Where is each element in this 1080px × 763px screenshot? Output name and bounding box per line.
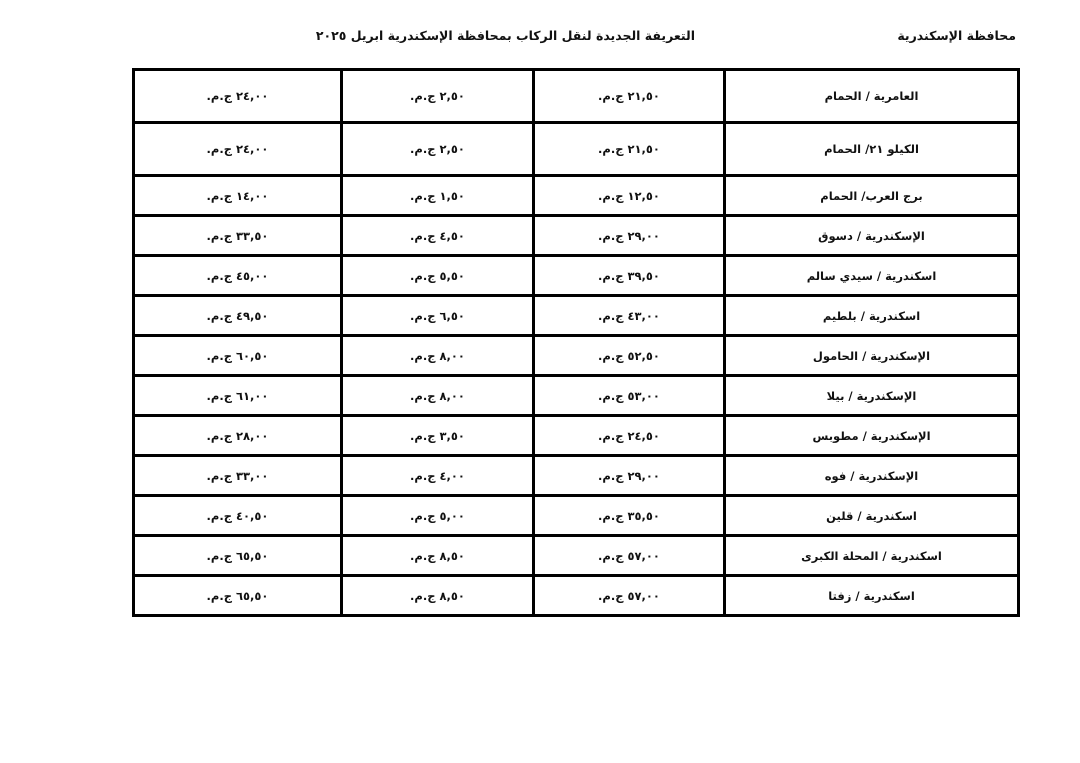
base-fare-cell: ١٢,٥٠ ج.م. xyxy=(534,176,725,216)
base-fare-cell: ٢٩,٠٠ ج.م. xyxy=(534,216,725,256)
page-title: التعريفة الجديدة لنقل الركاب بمحافظة الإ… xyxy=(385,28,695,43)
base-fare-cell: ٢٤,٥٠ ج.م. xyxy=(534,416,725,456)
table-row: ٦٥,٥٠ ج.م. ٨,٥٠ ج.م. ٥٧,٠٠ ج.م. اسكندرية… xyxy=(134,576,1019,616)
table-row: ٤٥,٠٠ ج.م. ٥,٥٠ ج.م. ٣٩,٥٠ ج.م. اسكندرية… xyxy=(134,256,1019,296)
total-fare-cell: ٤٥,٠٠ ج.م. xyxy=(134,256,342,296)
route-cell: الكيلو ٢١/ الحمام xyxy=(725,123,1019,176)
base-fare-cell: ٢١,٥٠ ج.م. xyxy=(534,70,725,123)
increase-cell: ٤,٠٠ ج.م. xyxy=(342,456,534,496)
table-row: ٢٤,٠٠ ج.م. ٢,٥٠ ج.م. ٢١,٥٠ ج.م. الكيلو ٢… xyxy=(134,123,1019,176)
total-fare-cell: ٤٠,٥٠ ج.م. xyxy=(134,496,342,536)
table-row: ٦٥,٥٠ ج.م. ٨,٥٠ ج.م. ٥٧,٠٠ ج.م. اسكندرية… xyxy=(134,536,1019,576)
total-fare-cell: ٦٥,٥٠ ج.م. xyxy=(134,536,342,576)
fare-table: ٢٤,٠٠ ج.م. ٢,٥٠ ج.م. ٢١,٥٠ ج.م. العامرية… xyxy=(132,68,1020,617)
governorate-label: محافظة الإسكندرية xyxy=(897,28,1016,43)
table-row: ٦٠,٥٠ ج.م. ٨,٠٠ ج.م. ٥٢,٥٠ ج.م. الإسكندر… xyxy=(134,336,1019,376)
increase-cell: ٨,٥٠ ج.م. xyxy=(342,576,534,616)
route-cell: الإسكندرية / الحامول xyxy=(725,336,1019,376)
total-fare-cell: ١٤,٠٠ ج.م. xyxy=(134,176,342,216)
route-cell: الإسكندرية / فوه xyxy=(725,456,1019,496)
route-cell: برج العرب/ الحمام xyxy=(725,176,1019,216)
total-fare-cell: ٦٥,٥٠ ج.م. xyxy=(134,576,342,616)
total-fare-cell: ٦١,٠٠ ج.م. xyxy=(134,376,342,416)
route-cell: اسكندرية / سيدي سالم xyxy=(725,256,1019,296)
increase-cell: ٢,٥٠ ج.م. xyxy=(342,70,534,123)
increase-cell: ٥,٥٠ ج.م. xyxy=(342,256,534,296)
route-cell: اسكندرية / بلطيم xyxy=(725,296,1019,336)
total-fare-cell: ٣٣,٥٠ ج.م. xyxy=(134,216,342,256)
increase-cell: ٥,٠٠ ج.م. xyxy=(342,496,534,536)
increase-cell: ٣,٥٠ ج.م. xyxy=(342,416,534,456)
base-fare-cell: ٥٣,٠٠ ج.م. xyxy=(534,376,725,416)
total-fare-cell: ٢٨,٠٠ ج.م. xyxy=(134,416,342,456)
total-fare-cell: ٣٣,٠٠ ج.م. xyxy=(134,456,342,496)
base-fare-cell: ٣٥,٥٠ ج.م. xyxy=(534,496,725,536)
table-row: ٤٠,٥٠ ج.م. ٥,٠٠ ج.م. ٣٥,٥٠ ج.م. اسكندرية… xyxy=(134,496,1019,536)
table-row: ٢٤,٠٠ ج.م. ٢,٥٠ ج.م. ٢١,٥٠ ج.م. العامرية… xyxy=(134,70,1019,123)
increase-cell: ٦,٥٠ ج.م. xyxy=(342,296,534,336)
table-row: ٢٨,٠٠ ج.م. ٣,٥٠ ج.م. ٢٤,٥٠ ج.م. الإسكندر… xyxy=(134,416,1019,456)
route-cell: اسكندرية / قلين xyxy=(725,496,1019,536)
base-fare-cell: ٢٩,٠٠ ج.م. xyxy=(534,456,725,496)
increase-cell: ١,٥٠ ج.م. xyxy=(342,176,534,216)
total-fare-cell: ٦٠,٥٠ ج.م. xyxy=(134,336,342,376)
route-cell: الإسكندرية / بيلا xyxy=(725,376,1019,416)
increase-cell: ٨,٠٠ ج.م. xyxy=(342,336,534,376)
base-fare-cell: ٣٩,٥٠ ج.م. xyxy=(534,256,725,296)
base-fare-cell: ٥٧,٠٠ ج.م. xyxy=(534,576,725,616)
table-row: ١٤,٠٠ ج.م. ١,٥٠ ج.م. ١٢,٥٠ ج.م. برج العر… xyxy=(134,176,1019,216)
table-row: ٣٣,٥٠ ج.م. ٤,٥٠ ج.م. ٢٩,٠٠ ج.م. الإسكندر… xyxy=(134,216,1019,256)
route-cell: اسكندرية / المحلة الكبرى xyxy=(725,536,1019,576)
route-cell: الإسكندرية / دسوق xyxy=(725,216,1019,256)
increase-cell: ٨,٠٠ ج.م. xyxy=(342,376,534,416)
table-row: ٣٣,٠٠ ج.م. ٤,٠٠ ج.م. ٢٩,٠٠ ج.م. الإسكندر… xyxy=(134,456,1019,496)
base-fare-cell: ٥٧,٠٠ ج.م. xyxy=(534,536,725,576)
route-cell: اسكندرية / زفتا xyxy=(725,576,1019,616)
increase-cell: ٢,٥٠ ج.م. xyxy=(342,123,534,176)
increase-cell: ٨,٥٠ ج.م. xyxy=(342,536,534,576)
total-fare-cell: ٢٤,٠٠ ج.م. xyxy=(134,123,342,176)
table-row: ٤٩,٥٠ ج.م. ٦,٥٠ ج.م. ٤٣,٠٠ ج.م. اسكندرية… xyxy=(134,296,1019,336)
increase-cell: ٤,٥٠ ج.م. xyxy=(342,216,534,256)
total-fare-cell: ٢٤,٠٠ ج.م. xyxy=(134,70,342,123)
table-row: ٦١,٠٠ ج.م. ٨,٠٠ ج.م. ٥٣,٠٠ ج.م. الإسكندر… xyxy=(134,376,1019,416)
total-fare-cell: ٤٩,٥٠ ج.م. xyxy=(134,296,342,336)
route-cell: العامرية / الحمام xyxy=(725,70,1019,123)
base-fare-cell: ٢١,٥٠ ج.م. xyxy=(534,123,725,176)
base-fare-cell: ٤٣,٠٠ ج.م. xyxy=(534,296,725,336)
base-fare-cell: ٥٢,٥٠ ج.م. xyxy=(534,336,725,376)
route-cell: الإسكندرية / مطوبس xyxy=(725,416,1019,456)
